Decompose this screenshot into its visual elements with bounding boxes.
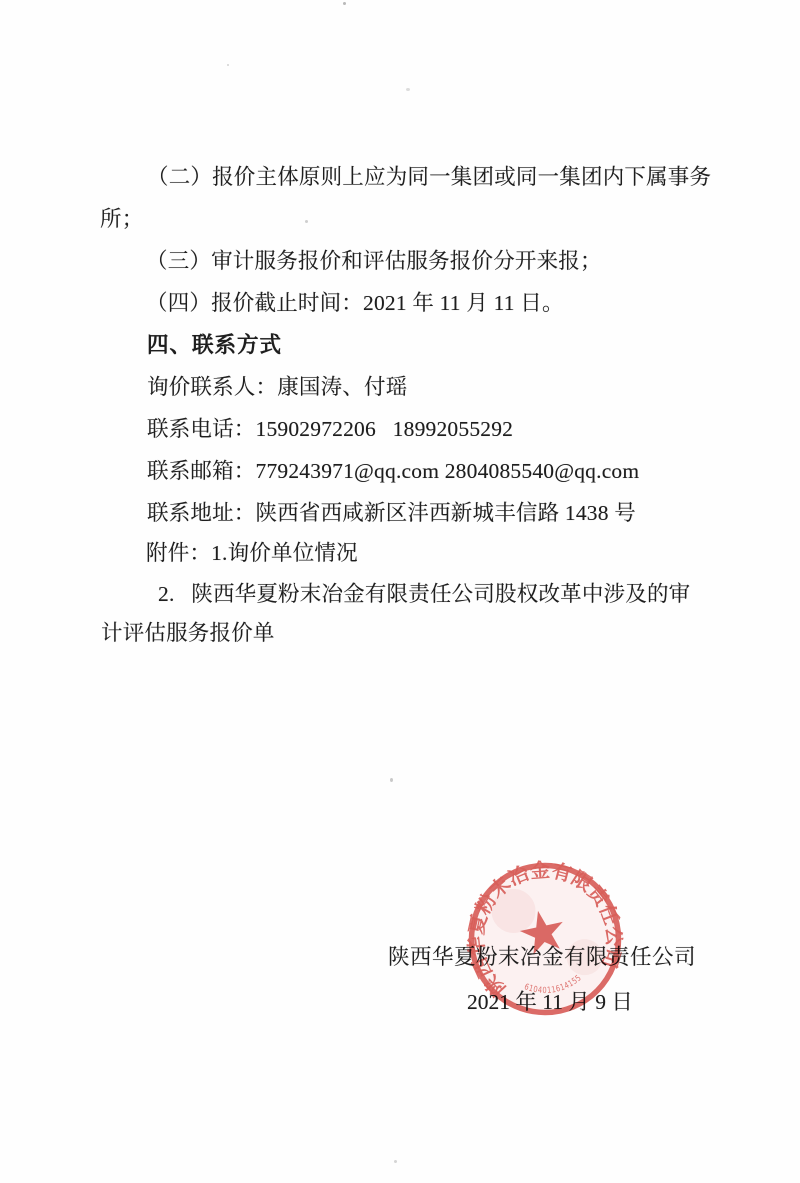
- scan-speck: [305, 220, 308, 223]
- attachment-line-2: 2. 陕西华夏粉末冶金有限责任公司股权改革中涉及的审: [158, 581, 690, 608]
- seal-group: 陕西华夏粉末冶金有限责任公司 6104011614155: [449, 843, 639, 1027]
- scan-speck: [343, 2, 346, 5]
- document-page: （二）报价主体原则上应为同一集团或同一集团内下属事务 所； （三）审计服务报价和…: [0, 0, 800, 1183]
- body-line-item-3: （三）审计服务报价和评估服务报价分开来报；: [146, 248, 602, 275]
- scan-speck: [406, 88, 410, 91]
- contact-address-line: 联系地址：陕西省西咸新区沣西新城丰信路 1438 号: [147, 500, 636, 527]
- body-line-item-2-wrap: 所；: [100, 206, 143, 233]
- scan-speck: [390, 778, 393, 782]
- section-heading-contact: 四、联系方式: [147, 332, 282, 359]
- contact-email-line: 联系邮箱：779243971@qq.com 2804085540@qq.com: [147, 458, 639, 485]
- attachment-line-2-wrap: 计评估服务报价单: [101, 620, 275, 647]
- contact-phone-line: 联系电话：15902972206 18992055292: [147, 416, 513, 443]
- scan-speck: [227, 64, 229, 66]
- official-seal: 陕西华夏粉末冶金有限责任公司 6104011614155: [430, 815, 665, 1050]
- scan-speck: [394, 1160, 397, 1163]
- contact-person-line: 询价联系人：康国涛、付瑶: [147, 374, 407, 401]
- attachment-line-1: 附件：1.询价单位情况: [146, 540, 358, 567]
- body-line-item-2: （二）报价主体原则上应为同一集团或同一集团内下属事务: [147, 164, 711, 191]
- body-line-item-4: （四）报价截止时间：2021 年 11 月 11 日。: [146, 290, 564, 317]
